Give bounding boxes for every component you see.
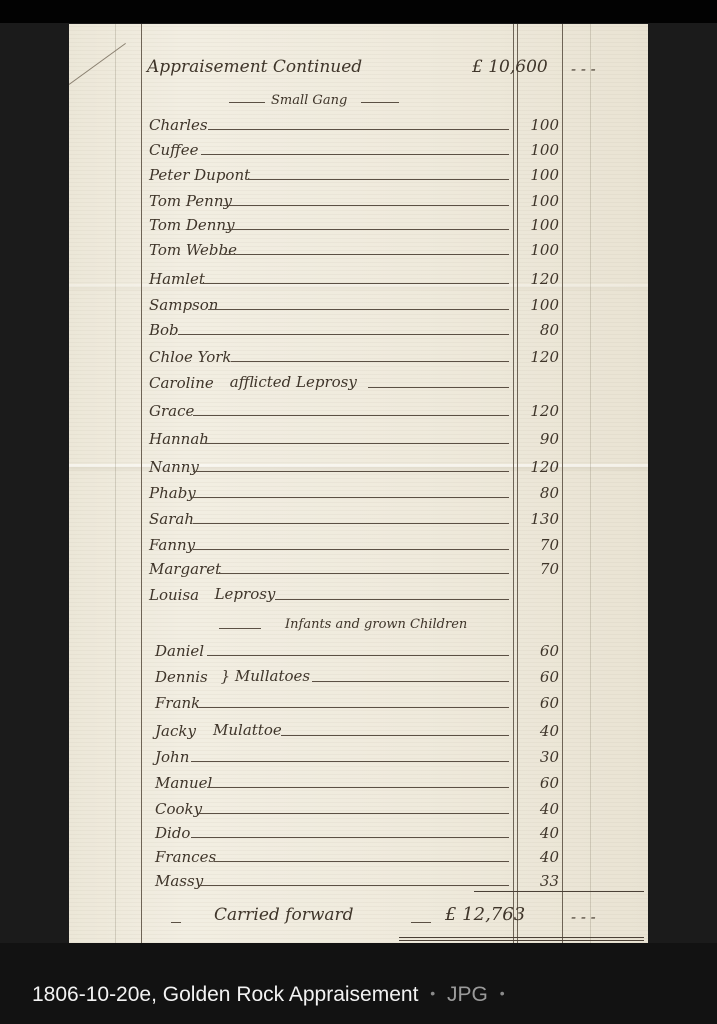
ledger-name: Charles: [149, 116, 208, 134]
ledger-rule: [193, 523, 509, 524]
ledger-rule: [207, 655, 509, 656]
ledger-rule: [214, 861, 509, 862]
ledger-name: Margaret: [149, 560, 221, 578]
ledger-name: Bob: [149, 321, 179, 339]
ledger-rule: [193, 471, 509, 472]
section-rule: [229, 102, 265, 103]
carried-dash: [171, 922, 181, 923]
ledger-amount: 80: [517, 484, 559, 502]
brought-forward-amount: £ 10,600: [472, 58, 548, 76]
ledger-amount: 40: [517, 824, 559, 842]
ledger-amount: 40: [517, 848, 559, 866]
carried-forward-label: Carried forward: [214, 906, 354, 924]
ledger-amount: 130: [517, 510, 559, 528]
ledger-amount: 120: [517, 348, 559, 366]
ledger-amount: 100: [517, 166, 559, 184]
ledger-amount: 120: [517, 458, 559, 476]
ledger-name: Dido: [155, 824, 190, 842]
ledger-note: } Mullatoes: [221, 667, 311, 685]
ledger-amount: 33: [517, 872, 559, 890]
total-double-rule: [399, 940, 644, 941]
ledger-name: Dennis: [155, 668, 208, 686]
ledger-rule: [368, 387, 509, 388]
ledger-amount: 100: [517, 241, 559, 259]
section-rule: [219, 628, 261, 629]
ledger-rule: [201, 443, 509, 444]
ledger-amount: 60: [517, 668, 559, 686]
corner-mark: [69, 43, 126, 85]
separator-dot: •: [500, 985, 505, 1001]
ledger-name: Frank: [155, 694, 200, 712]
ledger-name: Caroline: [149, 374, 214, 392]
ledger-name: Chloe York: [149, 348, 232, 366]
ledger-name: Grace: [149, 402, 194, 420]
ledger-name: Sampson: [149, 296, 218, 314]
image-caption: 1806-10-20e, Golden Rock Appraisement • …: [32, 983, 511, 1007]
ledger-amount: 40: [517, 722, 559, 740]
file-type: JPG: [447, 983, 488, 1006]
ledger-name: Tom Webbe: [149, 241, 237, 259]
ledger-amount: 70: [517, 560, 559, 578]
ledger-name: Tom Penny: [149, 192, 232, 210]
ledger-rule: [216, 573, 509, 574]
ledger-rule: [178, 334, 509, 335]
ledger-name: Jacky: [155, 722, 196, 740]
ledger-name: Cooky: [155, 800, 202, 818]
ledger-name: Daniel: [155, 642, 204, 660]
brought-forward-dashes: - - -: [571, 60, 596, 78]
ledger-note: Leprosy: [215, 585, 276, 603]
ledger-rule: [201, 154, 509, 155]
ledger-rule: [281, 735, 509, 736]
ledger-rule: [199, 813, 509, 814]
ledger-rule: [199, 707, 509, 708]
document-heading: Appraisement Continued: [147, 58, 362, 76]
ledger-rule: [201, 283, 509, 284]
ledger-name: Nanny: [149, 458, 199, 476]
ledger-amount: 120: [517, 270, 559, 288]
ledger-rule: [223, 205, 509, 206]
document-image[interactable]: Appraisement Continued £ 10,600 - - - Sm…: [69, 24, 648, 943]
section-children: Infants and grown Children: [285, 616, 467, 634]
ledger-rule: [208, 309, 509, 310]
ledger-name: Louisa: [149, 586, 199, 604]
ledger-amount: 40: [517, 800, 559, 818]
ledger-rule: [199, 885, 509, 886]
ledger-name: Tom Denny: [149, 216, 235, 234]
ledger-name: Phaby: [149, 484, 196, 502]
section-small-gang: Small Gang: [271, 92, 347, 110]
top-status-bar: [0, 0, 717, 23]
carried-forward-dashes: - - -: [571, 908, 596, 926]
ledger-name: Frances: [155, 848, 216, 866]
total-double-rule: [399, 937, 644, 938]
ledger-rule: [246, 179, 509, 180]
ledger-note: afflicted Leprosy: [230, 373, 357, 391]
ledger-amount: 60: [517, 694, 559, 712]
total-rule: [474, 891, 644, 892]
margin-line-faint: [115, 24, 116, 943]
ledger-amount: 100: [517, 141, 559, 159]
ledger-rule: [193, 415, 509, 416]
ledger-amount: 100: [517, 116, 559, 134]
ledger-rule: [231, 361, 509, 362]
ledger-note: Mulattoe: [213, 721, 282, 739]
ledger-amount: 100: [517, 192, 559, 210]
ledger-name: Hamlet: [149, 270, 205, 288]
ledger-amount: 70: [517, 536, 559, 554]
ledger-name: Hannah: [149, 430, 209, 448]
ledger-name: Peter Dupont: [149, 166, 250, 184]
ledger-rule: [223, 229, 509, 230]
ledger-amount: 60: [517, 642, 559, 660]
ledger-name: John: [155, 748, 189, 766]
ledger-name: Cuffee: [149, 141, 199, 159]
ledger-rule: [207, 787, 509, 788]
ledger-rule: [191, 761, 509, 762]
ledger-amount: 120: [517, 402, 559, 420]
carried-dash: [411, 922, 431, 923]
section-rule: [361, 102, 399, 103]
ledger-name: Fanny: [149, 536, 195, 554]
ledger-amount: 100: [517, 216, 559, 234]
column-line: [513, 24, 514, 943]
ledger-name: Sarah: [149, 510, 194, 528]
column-line-faint: [590, 24, 591, 943]
ledger-amount: 80: [517, 321, 559, 339]
ledger-amount: 100: [517, 296, 559, 314]
ledger-rule: [208, 129, 509, 130]
ledger-rule: [191, 837, 509, 838]
column-line: [562, 24, 563, 943]
ledger-amount: 60: [517, 774, 559, 792]
ledger-name: Manuel: [155, 774, 212, 792]
ledger-amount: 30: [517, 748, 559, 766]
ledger-name: Massy: [155, 872, 203, 890]
margin-line: [141, 24, 142, 943]
separator-dot: •: [430, 985, 435, 1001]
ledger-rule: [275, 599, 509, 600]
ledger-rule: [193, 497, 509, 498]
ledger-rule: [223, 254, 509, 255]
ledger-rule: [312, 681, 509, 682]
carried-forward-total: £ 12,763: [445, 906, 525, 924]
ledger-rule: [193, 549, 509, 550]
ledger-amount: 90: [517, 430, 559, 448]
image-title: 1806-10-20e, Golden Rock Appraisement: [32, 983, 418, 1006]
